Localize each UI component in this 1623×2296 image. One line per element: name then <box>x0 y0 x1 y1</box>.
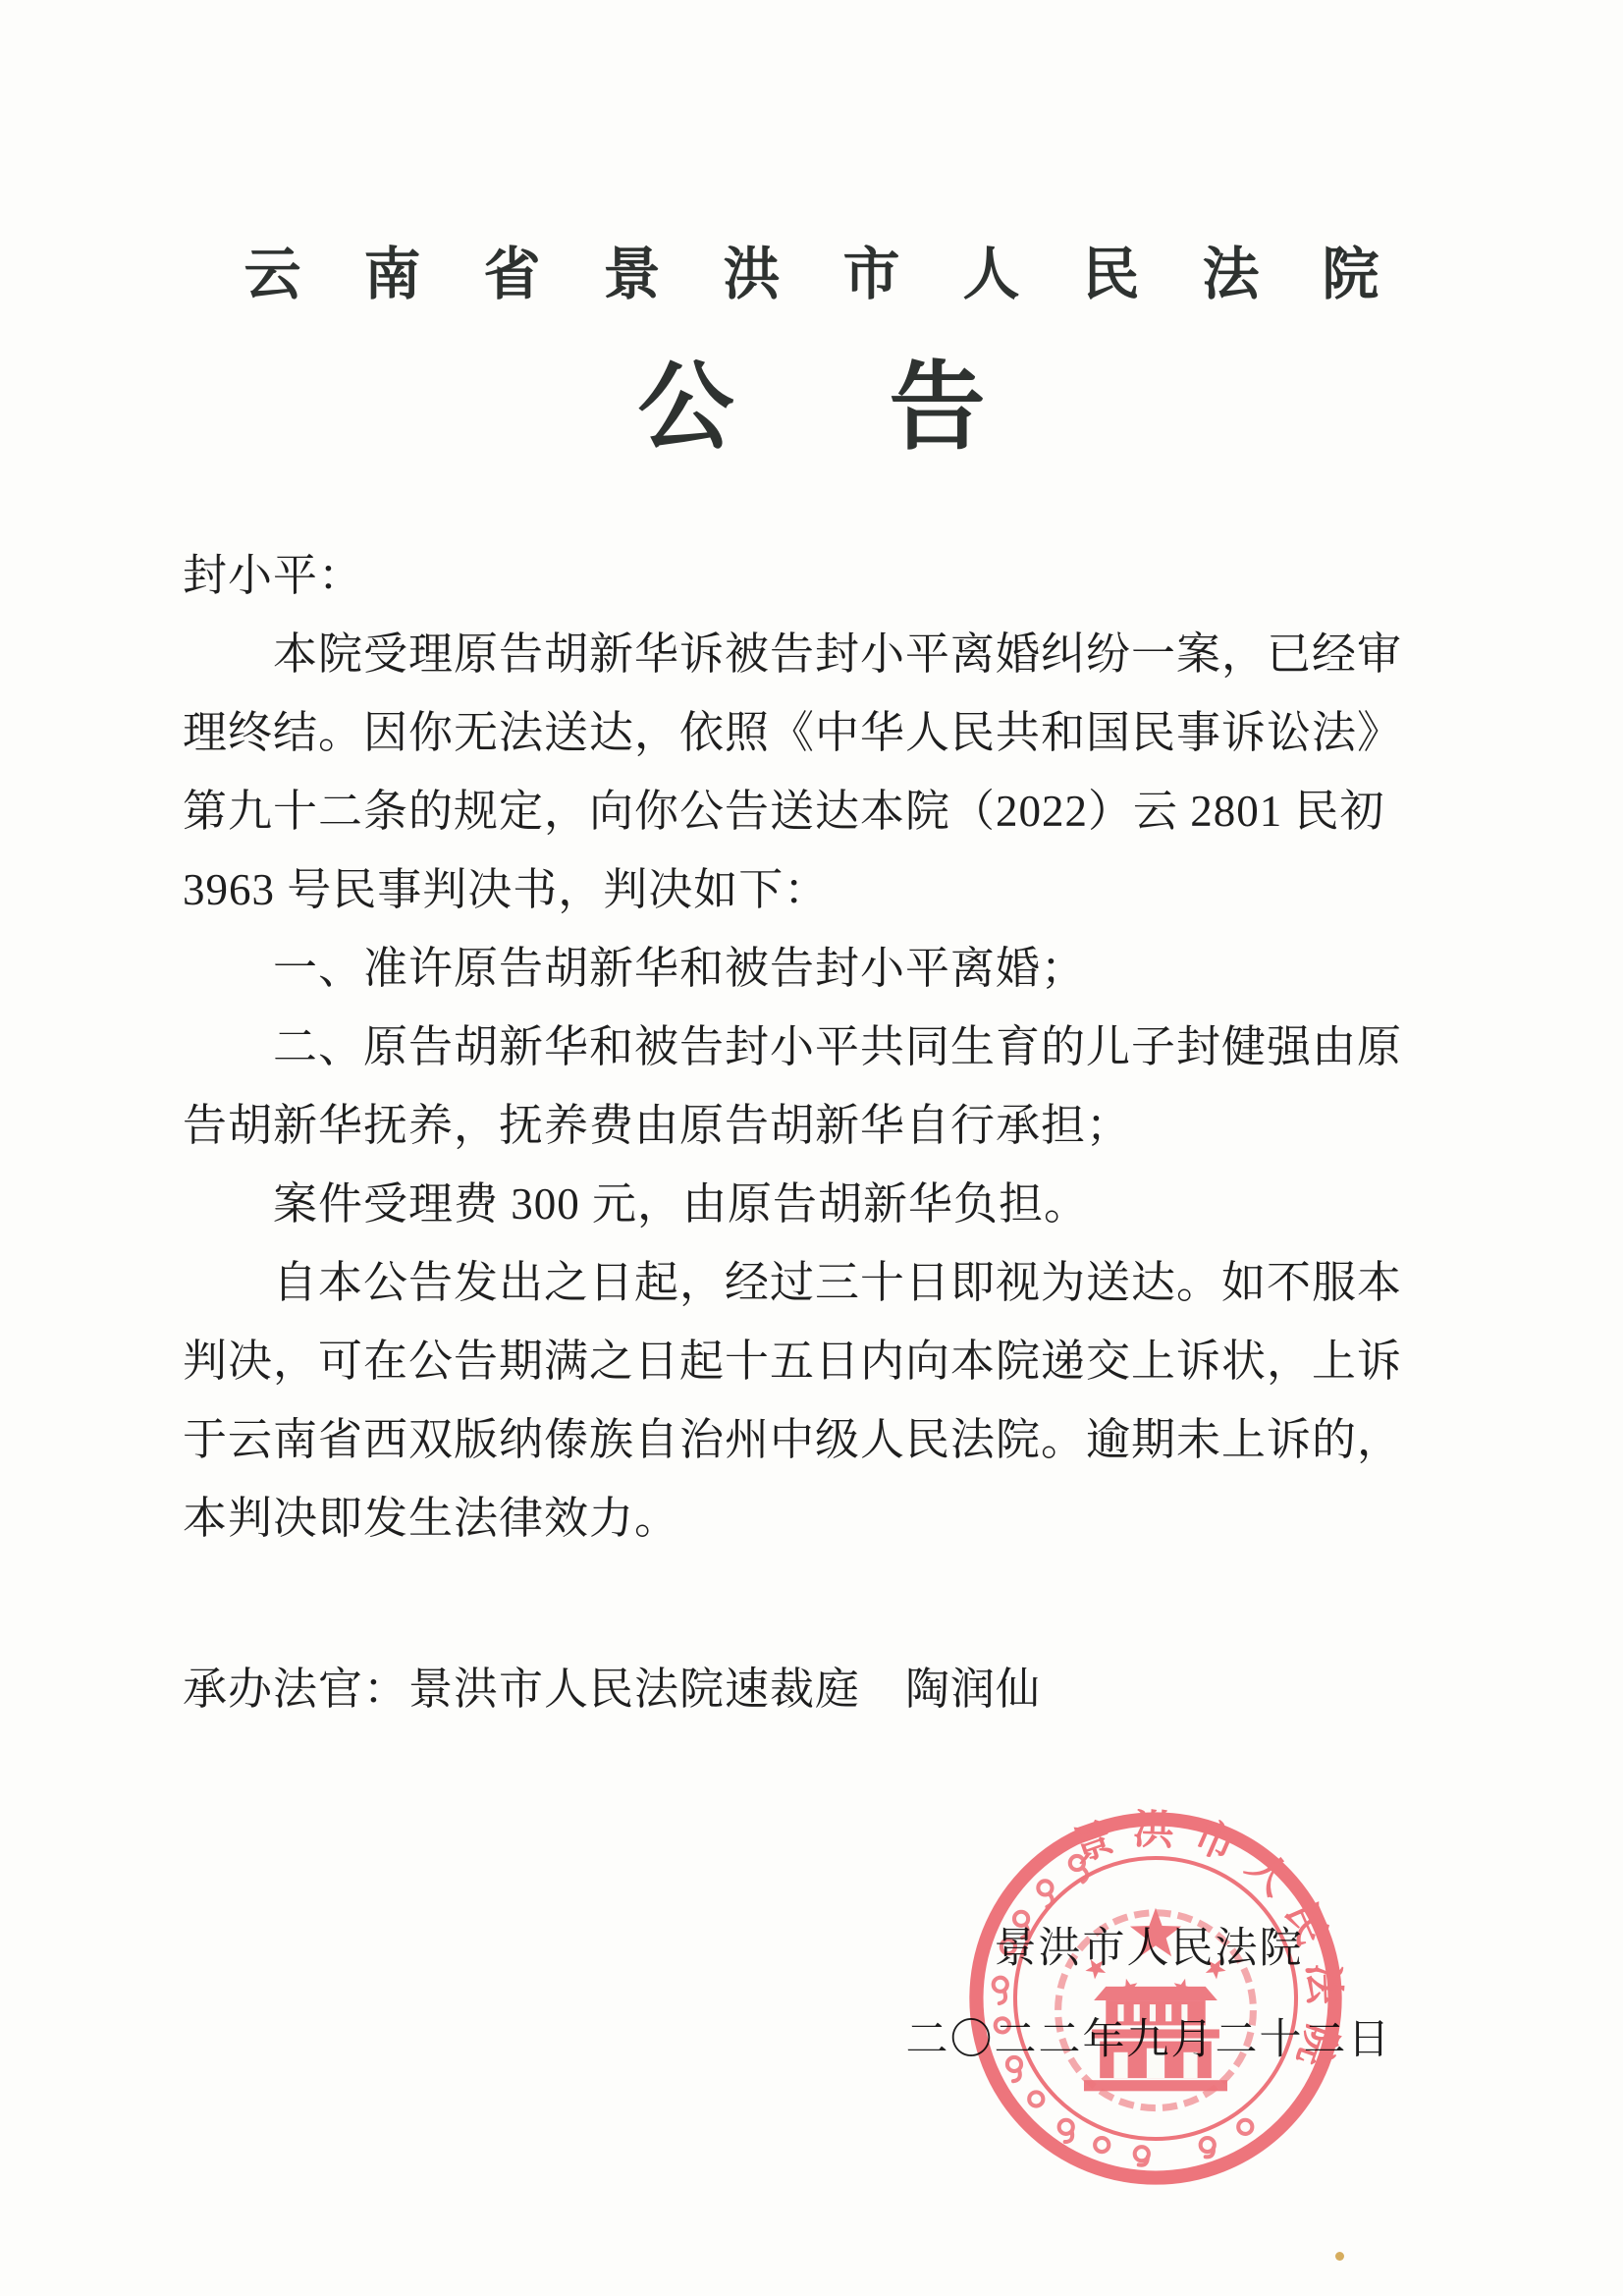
court-seal: 景洪市人民法院 <box>947 1789 1365 2208</box>
document-page: 云南省景洪市人民法院 公告 封小平： 本院受理原告胡新华诉被告封小平离婚纠纷一案… <box>0 0 1623 2296</box>
judge-line: 承办法官：景洪市人民法院速裁庭 陶润仙 <box>183 1650 1376 1728</box>
recipient-line: 封小平： <box>183 536 1376 615</box>
document-body: 封小平： 本院受理原告胡新华诉被告封小平离婚纠纷一案，已经审 理终结。因你无法送… <box>183 536 1376 1728</box>
page-title-court-name: 云南省景洪市人民法院 <box>0 228 1623 310</box>
body-line: 自本公告发出之日起，经过三十日即视为送达。如不服本 <box>183 1243 1376 1322</box>
scan-artifact-dot <box>1335 2252 1344 2261</box>
body-line: 告胡新华抚养，抚养费由原告胡新华自行承担； <box>183 1086 1376 1165</box>
body-line: 于云南省西双版纳傣族自治州中级人民法院。逾期未上诉的， <box>183 1400 1376 1479</box>
body-line: 一、准许原告胡新华和被告封小平离婚； <box>183 929 1376 1008</box>
body-line: 理终结。因你无法送达，依照《中华人民共和国民事诉讼法》 <box>183 693 1376 772</box>
body-line: 3963 号民事判决书，判决如下： <box>183 850 1376 929</box>
page-title-announcement: 公告 <box>0 330 1623 468</box>
body-line: 本判决即发生法律效力。 <box>183 1479 1376 1558</box>
blank-line <box>183 1558 1376 1650</box>
body-line: 判决，可在公告期满之日起十五日内向本院递交上诉状，上诉 <box>183 1322 1376 1400</box>
body-line: 第九十二条的规定，向你公告送达本院（2022）云 2801 民初 <box>183 772 1376 850</box>
body-line: 本院受理原告胡新华诉被告封小平离婚纠纷一案，已经审 <box>183 615 1376 693</box>
body-line: 二、原告胡新华和被告封小平共同生育的儿子封健强由原 <box>183 1008 1376 1086</box>
body-line: 案件受理费 300 元，由原告胡新华负担。 <box>183 1165 1376 1243</box>
